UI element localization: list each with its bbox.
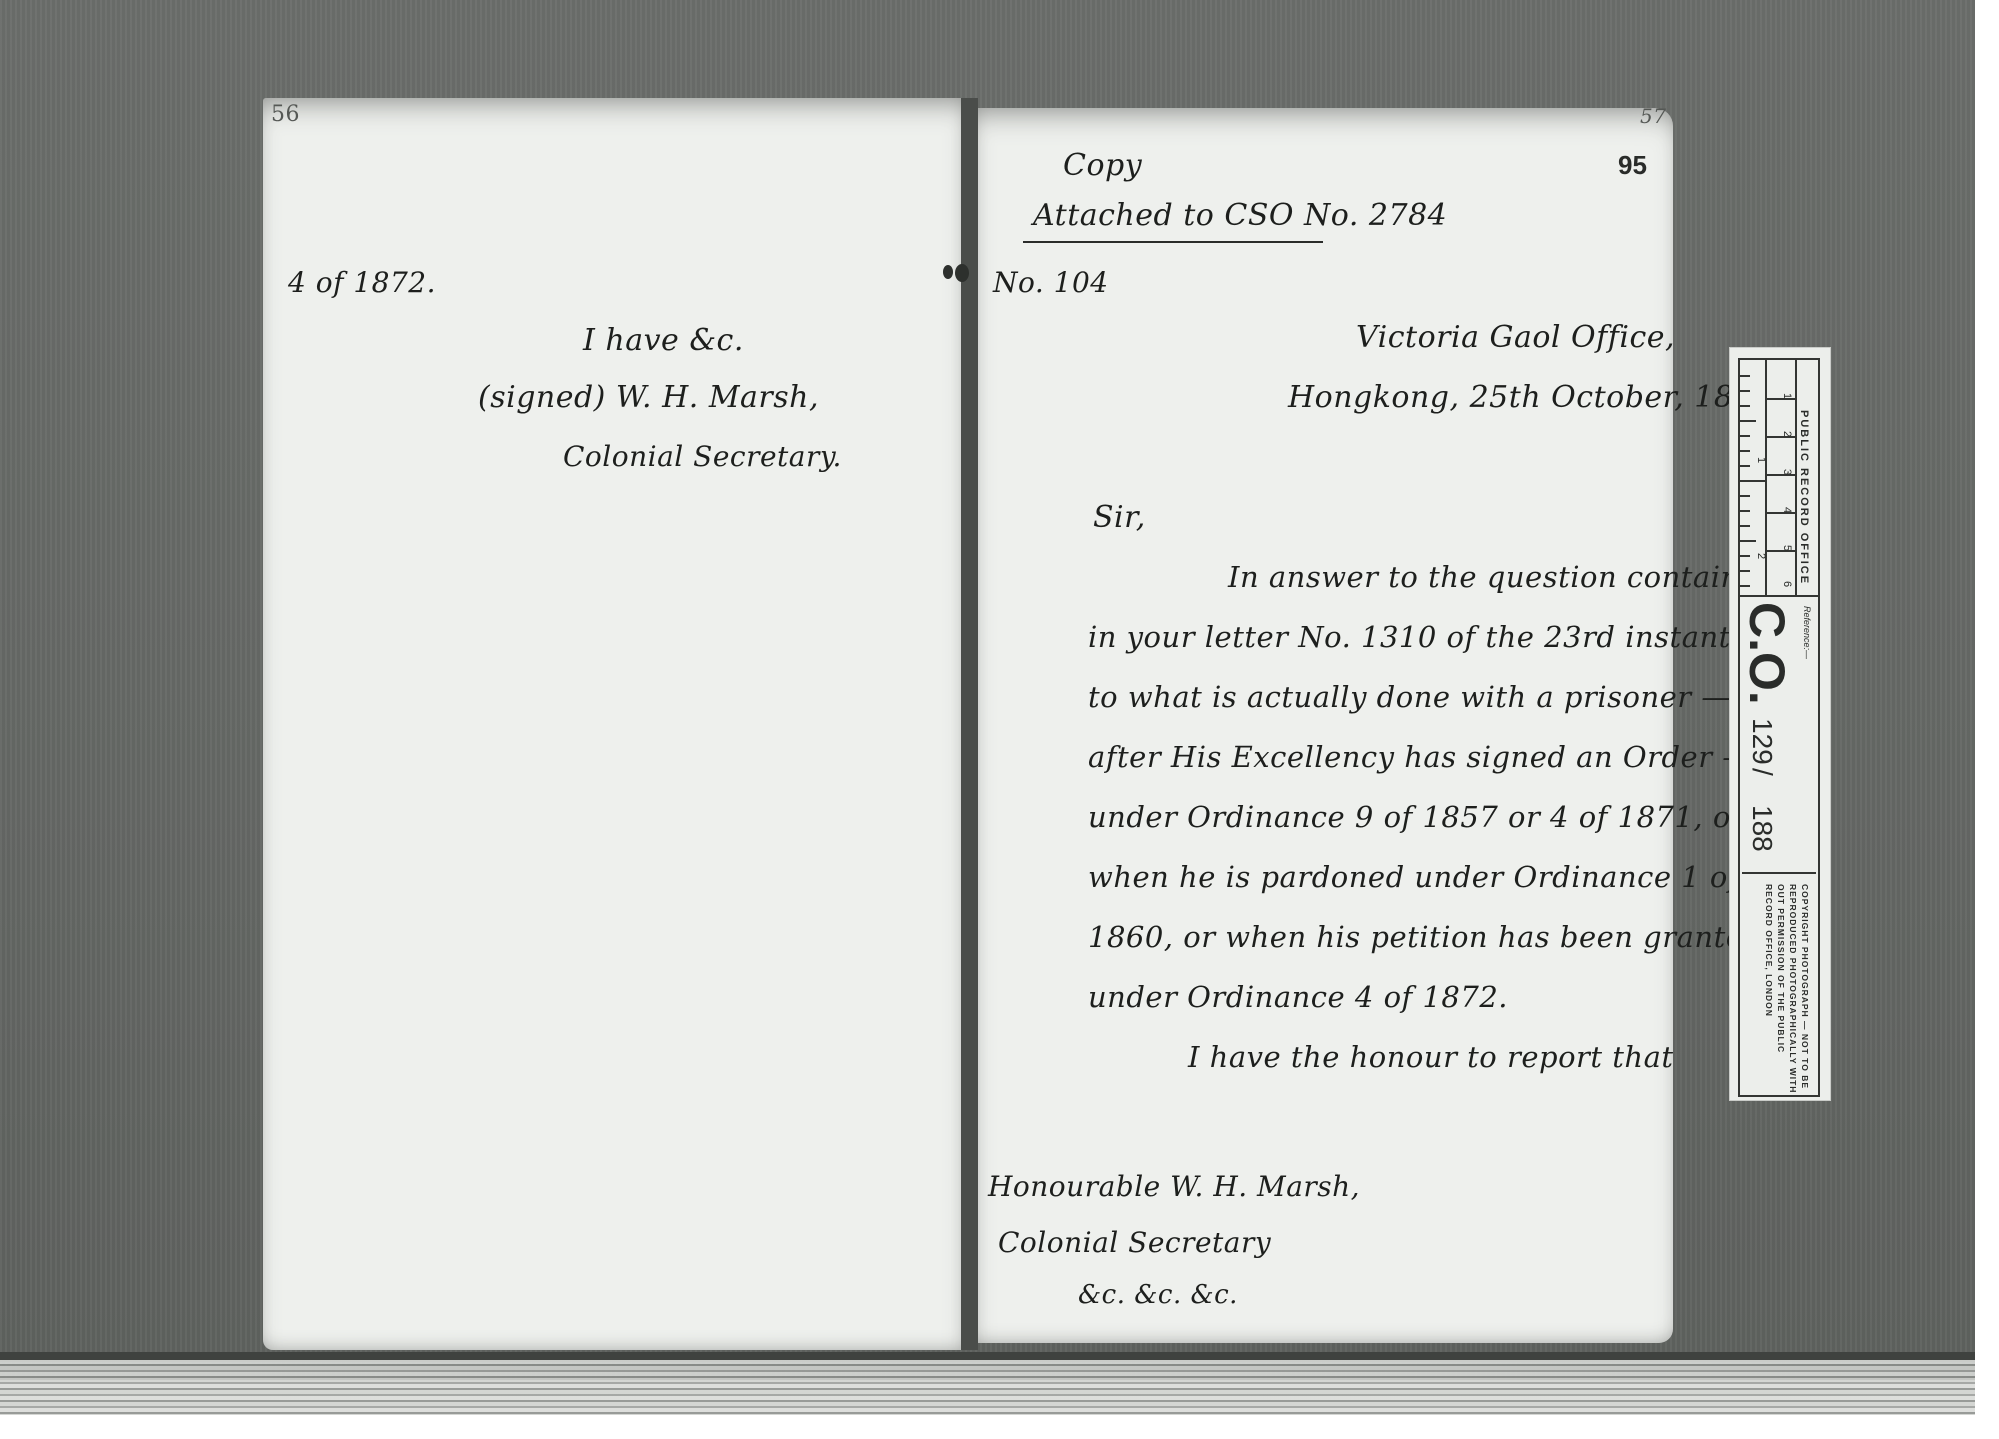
addressee-line-2: Colonial Secretary (998, 1226, 1271, 1259)
address-line-1: Victoria Gaol Office, (1356, 320, 1675, 355)
ruler-cm-label: 2 (1781, 431, 1793, 437)
ruler-cm-label: 5 (1781, 545, 1793, 551)
addressee-line-3: &c. &c. &c. (1078, 1280, 1238, 1310)
body-line: 1860, or when his petition has been gran… (1088, 920, 1762, 954)
binding-thread (955, 264, 969, 282)
ruler-cm-label: 4 (1781, 507, 1793, 513)
folio-number-stamped: 95 (1618, 150, 1647, 181)
public-record-office-label: 1 2 3 4 5 6 1 2 PUBLIC RECORD OFFICE C.O… (1729, 347, 1831, 1101)
closing: I have &c. (583, 323, 744, 358)
piece-reference: C.O. 129 / 188 Reference:— (1742, 600, 1816, 874)
signatory-title: Colonial Secretary. (563, 440, 842, 473)
reference-note: Reference:— (1802, 606, 1812, 659)
attached-to-reference: Attached to CSO No. 2784 (1033, 198, 1447, 233)
reference-prefix: C.O. (1742, 602, 1792, 705)
salutation: Sir, (1093, 500, 1146, 535)
folio-number-handwritten: 57 (1640, 104, 1666, 128)
copyright-line: COPYRIGHT PHOTOGRAPH — NOT TO BE (1800, 884, 1810, 1089)
letter-number: No. 104 (993, 266, 1109, 299)
body-line: I have the honour to report that (1188, 1040, 1674, 1074)
body-line: In answer to the question contained (1228, 560, 1776, 594)
copyright-line: OUT PERMISSION OF THE PUBLIC (1776, 884, 1786, 1053)
copy-heading: Copy (1063, 148, 1142, 183)
binding-thread (943, 265, 953, 279)
ruler-ticks (1740, 360, 1767, 595)
address-line-2: Hongkong, 25th October, 1879. (1288, 380, 1783, 415)
scan-bottom-strip (0, 1360, 1975, 1415)
body-line: under Ordinance 4 of 1872. (1088, 980, 1508, 1014)
addressee-line-1: Honourable W. H. Marsh, (988, 1170, 1360, 1203)
office-name: PUBLIC RECORD OFFICE (1798, 410, 1810, 585)
body-line: to what is actually done with a prisoner… (1088, 680, 1731, 714)
body-line: in your letter No. 1310 of the 23rd inst… (1088, 620, 1774, 654)
reference-series: 129 (1748, 718, 1776, 765)
ruler-cm-label: 6 (1781, 581, 1793, 587)
binding-gutter (961, 98, 978, 1350)
reference-separator: / (1748, 768, 1776, 776)
body-line: under Ordinance 9 of 1857 or 4 of 1871, … (1088, 800, 1784, 834)
label-frame: 1 2 3 4 5 6 1 2 PUBLIC RECORD OFFICE C.O… (1738, 358, 1820, 1097)
ruler-inch-label: 1 (1755, 457, 1767, 463)
left-page: 56 4 of 1872. I have &c. (signed) W. H. … (263, 98, 961, 1350)
copyright-notice: COPYRIGHT PHOTOGRAPH — NOT TO BE REPRODU… (1742, 874, 1816, 1092)
signature: (signed) W. H. Marsh, (478, 380, 819, 415)
margin-note: 4 of 1872. (288, 266, 436, 299)
reference-piece: 188 (1748, 805, 1776, 852)
copyright-line: RECORD OFFICE, LONDON (1764, 884, 1774, 1017)
ruler-inch-label: 2 (1755, 553, 1767, 559)
ruler-cm-label: 1 (1781, 393, 1793, 399)
header-underline (1023, 241, 1323, 243)
ruler-cm-label: 3 (1781, 469, 1793, 475)
copyright-line: REPRODUCED PHOTOGRAPHICALLY WITH (1788, 884, 1798, 1093)
body-line: after His Excellency has signed an Order… (1088, 740, 1752, 774)
ruler: 1 2 3 4 5 6 1 2 PUBLIC RECORD OFFICE (1740, 360, 1818, 597)
right-page: 57 95 Copy Attached to CSO No. 2784 No. … (978, 108, 1673, 1343)
body-line: when he is pardoned under Ordinance 1 of (1088, 860, 1739, 894)
folio-number-left: 56 (271, 102, 300, 127)
